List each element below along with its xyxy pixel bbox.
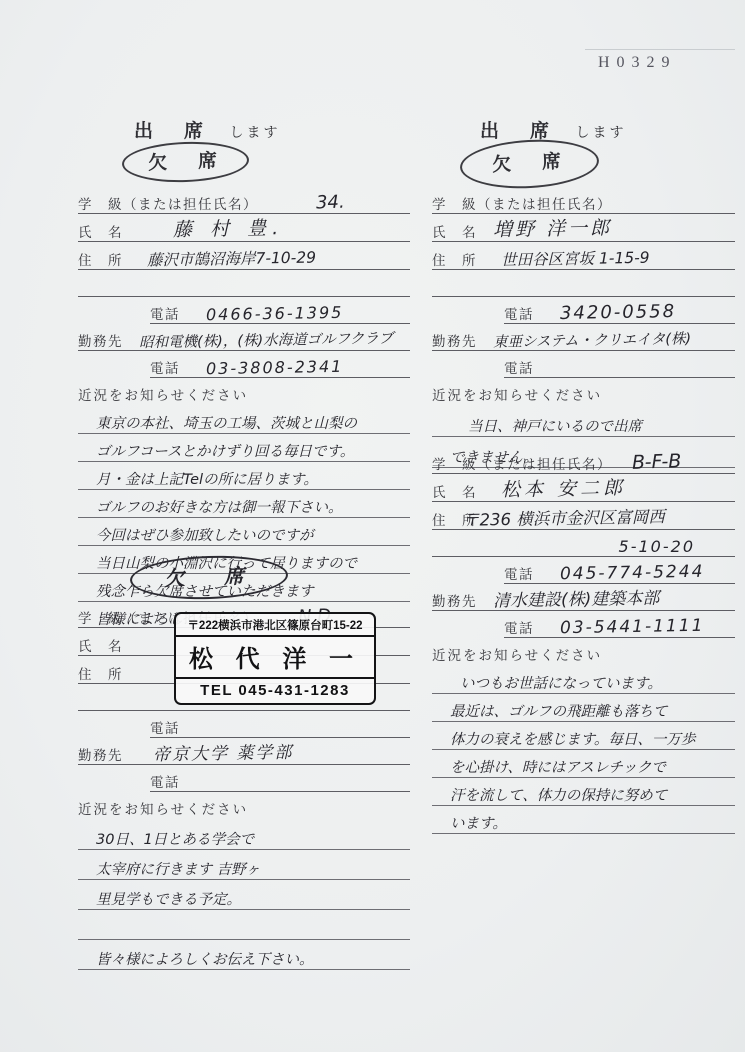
name-label: 氏 名 — [78, 635, 123, 655]
phone-row: 電話 3420-0558 — [504, 297, 735, 324]
news-line: 汗を流して、体力の保持に努めて — [432, 778, 735, 806]
name-row: 氏 名 藤 村 豊. — [78, 214, 410, 242]
absent-option-circled: 欠 席 — [121, 140, 249, 184]
phone-value: 3420-0558 — [560, 301, 676, 324]
name-row: 氏 名 松本 安二郎 — [432, 474, 735, 502]
attend-option: 出 席 — [134, 121, 209, 142]
phone-label: 電話 — [150, 357, 180, 377]
phone-row: 電話 0466-36-1395 — [150, 297, 410, 324]
workplace-value: 帝京大学 薬学部 — [153, 738, 294, 765]
form-left-top: 出 席 します 欠 席 学 級（または担任氏名） 34. 氏 名 藤 村 豊. … — [78, 116, 410, 629]
news-line — [78, 910, 410, 940]
handwritten-absent-area: 欠 席 — [78, 556, 410, 600]
phone-row: 電話 — [150, 711, 410, 738]
workplace-phone-value: 03-5441-1111 — [560, 616, 705, 639]
news-prompt: 近況をお知らせください — [78, 798, 410, 820]
phone-row: 電話 045-774-5244 — [504, 557, 735, 584]
handwritten-absent-mark: 欠 席 — [129, 553, 288, 601]
address-value-line2: 5-10-20 — [619, 537, 695, 556]
news-prompt: 近況をお知らせください — [432, 384, 735, 406]
news-line: 最近は、ゴルフの飛距離も落ちて — [432, 694, 735, 722]
name-value: 増野 洋一郎 — [493, 213, 612, 242]
address-value: 世田谷区宮坂 1-15-9 — [501, 246, 650, 271]
class-label: 学 級（または担任氏名） — [432, 193, 612, 213]
news-line: 皆々様によろしくお伝え下さい。 — [78, 940, 410, 970]
class-value: 34. — [316, 192, 345, 214]
address-label: 住 所 — [78, 663, 123, 683]
phone-label: 電話 — [504, 617, 534, 637]
news-line: 太宰府に行きます 吉野ヶ — [78, 850, 410, 880]
class-value: B-F-B — [632, 450, 682, 474]
news-prompt: 近況をお知らせください — [432, 644, 735, 666]
phone-value: 045-774-5244 — [560, 562, 705, 585]
phone-label: 電話 — [504, 357, 534, 377]
class-row: 学 級（または担任氏名） B-F-B — [432, 446, 735, 474]
workplace-row: 勤務先 帝京大学 薬学部 — [78, 738, 410, 765]
form-left-bottom: 欠 席 〒222横浜市港北区篠原台町15-22 松 代 洋 一 TEL 045-… — [78, 556, 410, 970]
attendance-header: 出 席 します 欠 席 — [432, 116, 735, 182]
phone-label: 電話 — [504, 303, 534, 323]
name-label: 氏 名 — [432, 481, 477, 501]
news-line: 東京の本社、埼玉の工場、茨城と山梨の — [78, 406, 410, 434]
document-code: H0329 — [598, 54, 677, 72]
news-line: を心掛け、時にはアスレチックで — [432, 750, 735, 778]
workplace-row: 勤務先 東亜システム・クリエイタ(株) — [432, 324, 735, 351]
address-row: 住 所 〒236 横浜市金沢区富岡西 — [432, 502, 735, 530]
workplace-label: 勤務先 — [432, 330, 477, 350]
news-line: 体力の衰えを感じます。毎日、一万歩 — [432, 722, 735, 750]
news-line: 里見学もできる予定。 — [78, 880, 410, 910]
phone-label: 電話 — [504, 563, 534, 583]
workplace-phone-row: 電話 — [504, 351, 735, 378]
workplace-row: 勤務先 清水建設(株)建築本部 — [432, 584, 735, 611]
workplace-phone-row: 電話 — [150, 765, 410, 792]
workplace-phone-value: 03-3808-2341 — [206, 357, 344, 378]
attendance-header: 出 席 します 欠 席 — [78, 116, 410, 182]
news-line: 今回はぜひ参加致したいのですが — [78, 518, 410, 546]
news-line: います。 — [432, 806, 735, 834]
name-label: 氏 名 — [432, 221, 477, 241]
news-line: ゴルフコースとかけずり回る毎日です。 — [78, 434, 410, 462]
address-label: 住 所 — [78, 249, 123, 269]
address-label: 住 所 — [432, 249, 477, 269]
news-line: 30日、1日とある学会で — [78, 820, 410, 850]
news-area: いつもお世話になっています。 最近は、ゴルフの飛距離も落ちて 体力の衰えを感じま… — [432, 666, 735, 834]
address-row: 住 所 藤沢市鵠沼海岸7-10-29 — [78, 242, 410, 270]
workplace-value: 昭和電機(株)，(株)水海道ゴルフクラブ — [139, 327, 394, 352]
news-line: ゴルフのお好きな方は御一報下さい。 — [78, 490, 410, 518]
phone-label: 電話 — [150, 771, 180, 791]
scan-artifact-line — [585, 49, 735, 50]
name-value: 藤 村 豊. — [173, 213, 285, 242]
form-right-top: 出 席 します 欠 席 学 級（または担任氏名） 氏 名 増野 洋一郎 住 所 … — [432, 116, 735, 468]
phone-label: 電話 — [150, 717, 180, 737]
shimasu-label: します — [575, 124, 626, 140]
address-row: 住 所 世田谷区宮坂 1-15-9 — [432, 242, 735, 270]
stamp-address: 〒222横浜市港北区篠原台町15-22 — [176, 614, 374, 637]
address-value: 藤沢市鵠沼海岸7-10-29 — [147, 246, 316, 271]
form-right-bottom: 学 級（または担任氏名） B-F-B 氏 名 松本 安二郎 住 所 〒236 横… — [432, 446, 735, 834]
blank-rule — [78, 270, 410, 297]
name-value: 松本 安二郎 — [501, 473, 626, 502]
workplace-label: 勤務先 — [78, 744, 123, 764]
news-line: 当日、神戸にいるので出席 — [432, 406, 735, 437]
class-row: 学 級（または担任氏名） 34. — [78, 186, 410, 214]
workplace-value: 清水建設(株)建築本部 — [493, 584, 660, 612]
news-prompt: 近況をお知らせください — [78, 384, 410, 406]
class-row: 学 級（または担任氏名） — [432, 186, 735, 214]
news-line: いつもお世話になっています。 — [432, 666, 735, 694]
absent-option-circled: 欠 席 — [459, 136, 600, 191]
name-row: 氏 名 増野 洋一郎 — [432, 214, 735, 242]
workplace-label: 勤務先 — [432, 590, 477, 610]
stamp-name: 松 代 洋 一 — [176, 637, 374, 679]
name-stamp: 〒222横浜市港北区篠原台町15-22 松 代 洋 一 TEL 045-431-… — [174, 612, 376, 705]
name-label: 氏 名 — [78, 221, 123, 241]
news-line: 月・金は上記Telの所に居ります。 — [78, 462, 410, 490]
workplace-label: 勤務先 — [78, 330, 123, 350]
phone-label: 電話 — [150, 303, 180, 323]
workplace-phone-row: 電話 03-5441-1111 — [504, 611, 735, 638]
blank-rule — [432, 270, 735, 297]
workplace-value: 東亜システム・クリエイタ(株) — [493, 327, 691, 351]
address-row-2: 5-10-20 — [432, 530, 735, 557]
news-area: 30日、1日とある学会で 太宰府に行きます 吉野ヶ 里見学もできる予定。 皆々様… — [78, 820, 410, 970]
shimasu-label: します — [229, 124, 280, 140]
address-value-line1: 〒236 横浜市金沢区富岡西 — [463, 503, 665, 531]
workplace-phone-row: 電話 03-3808-2341 — [150, 351, 410, 378]
class-label: 学 級（または担任氏名） — [432, 453, 612, 473]
class-label: 学 級（または担任氏名） — [78, 193, 258, 213]
workplace-row: 勤務先 昭和電機(株)，(株)水海道ゴルフクラブ — [78, 324, 410, 351]
phone-value: 0466-36-1395 — [206, 303, 344, 324]
stamp-tel: TEL 045-431-1283 — [176, 679, 374, 703]
